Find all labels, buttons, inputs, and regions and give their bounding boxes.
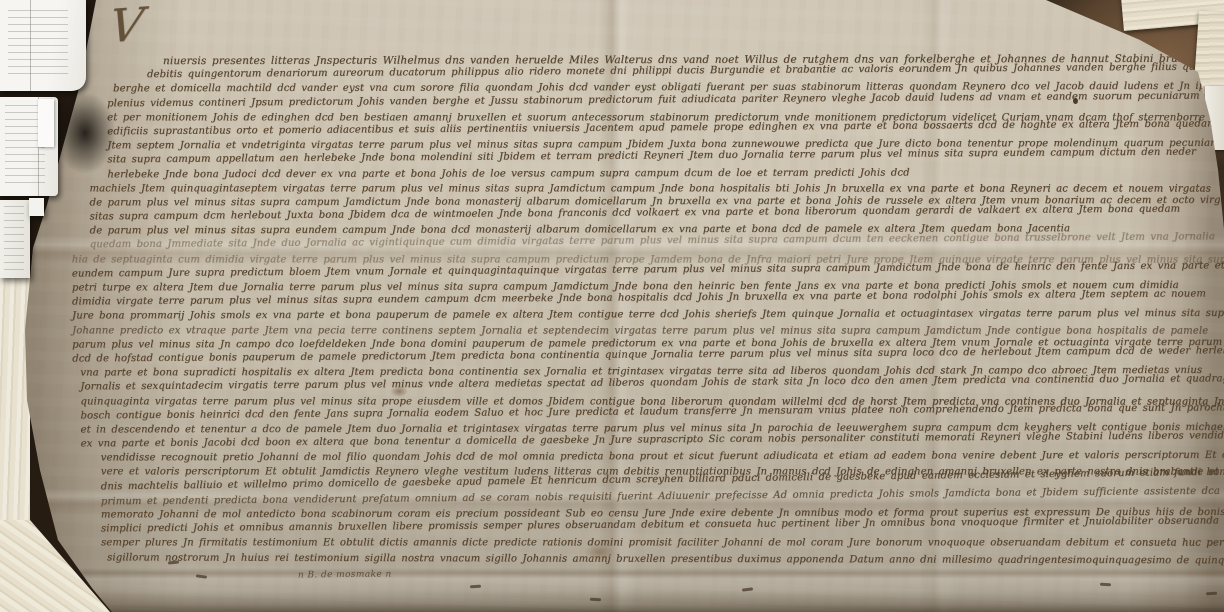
manuscript-line: vendidisse recognouit pretio Johanni de … xyxy=(101,449,1224,466)
paper-tab-left-lower-nub xyxy=(29,198,44,216)
paper-tab-left-middle-small xyxy=(38,99,54,147)
seal-slit xyxy=(470,585,481,588)
ink-blot xyxy=(1073,98,1078,104)
illuminated-initial: V xyxy=(107,1,145,49)
shadow-under-tabs xyxy=(54,92,116,174)
seal-slit xyxy=(742,587,753,591)
seal-slit xyxy=(590,598,601,601)
paper-tab-left-lower xyxy=(0,200,30,278)
manuscript-line: herlebeke Jnde bona Judoci dcd dever ex … xyxy=(107,165,1223,182)
parchment-charter: V niuersis presentes litteras Jnspecturi… xyxy=(0,0,1224,612)
paper-writing-faint xyxy=(4,206,24,270)
seal-slit xyxy=(1100,583,1111,586)
seal-slit xyxy=(196,574,207,578)
paper-writing-faint xyxy=(8,10,68,80)
manuscript-text-block: niuersis presentes litteras Jnspecturis … xyxy=(63,49,1224,565)
photograph-of-charter: V niuersis presentes litteras Jnspecturi… xyxy=(0,0,1224,612)
paper-tab-top-left xyxy=(0,0,86,91)
dorsal-note: n B. de mosmake n xyxy=(298,570,392,581)
manuscript-line: semper plures Jn firmitatis testimonium … xyxy=(101,537,1224,551)
manuscript-line: sigillorum nostrorum Jn huius rei testim… xyxy=(107,551,1224,568)
manuscript-line: Jure bona prommarij Johis smols ex vna p… xyxy=(72,307,1224,324)
seal-slit xyxy=(1206,592,1217,595)
